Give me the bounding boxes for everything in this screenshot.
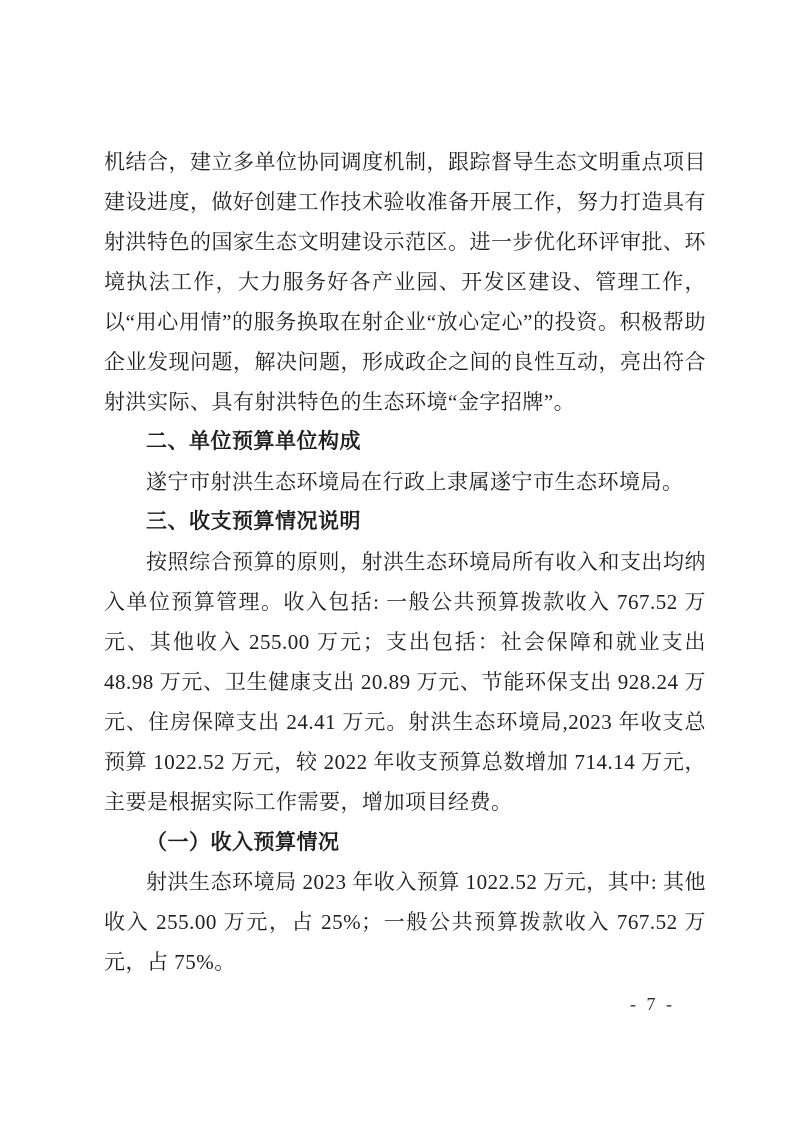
- section-3-paragraph: 按照综合预算的原则，射洪生态环境局所有收入和支出均纳入单位预算管理。收入包括: …: [104, 542, 706, 822]
- subsection-1-paragraph: 射洪生态环境局 2023 年收入预算 1022.52 万元，其中: 其他收入 2…: [104, 862, 706, 982]
- section-2-paragraph: 遂宁市射洪生态环境局在行政上隶属遂宁市生态环境局。: [104, 462, 706, 502]
- section-3-heading: 三、收支预算情况说明: [104, 502, 706, 542]
- section-2-heading: 二、单位预算单位构成: [104, 422, 706, 462]
- document-body: 机结合，建立多单位协同调度机制，跟踪督导生态文明重点项目建设进度，做好创建工作技…: [104, 142, 706, 982]
- document-page: 机结合，建立多单位协同调度机制，跟踪督导生态文明重点项目建设进度，做好创建工作技…: [0, 0, 793, 1122]
- subsection-1-heading: （一）收入预算情况: [104, 822, 706, 862]
- continuation-paragraph: 机结合，建立多单位协同调度机制，跟踪督导生态文明重点项目建设进度，做好创建工作技…: [104, 142, 706, 422]
- page-number: - 7 -: [630, 994, 675, 1014]
